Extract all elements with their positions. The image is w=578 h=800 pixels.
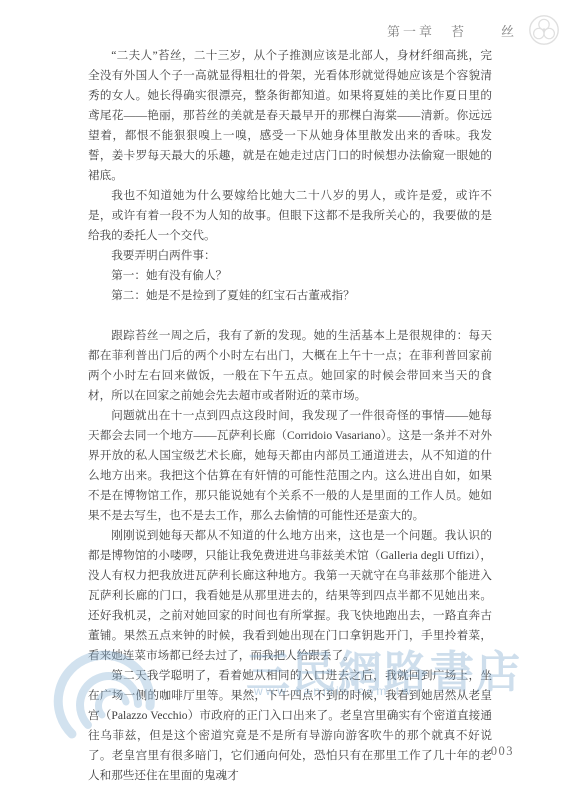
body-paragraph: “二夫人”苔丝，二十三岁，从个子推测应该是北部人，身材纤细高挑，完全没有外国人个… xyxy=(88,46,492,186)
trefoil-ornament-icon xyxy=(528,14,560,46)
body-paragraph: 问题就出在十一点到四点这段时间，我发现了一件很奇怪的事情——她每天都会去同一个地… xyxy=(88,406,492,526)
body-paragraph: 我要弄明白两件事： xyxy=(88,246,492,266)
body-paragraph: 第一：她有没有偷人？ xyxy=(88,266,492,286)
body-paragraph: 第二：她是不是捡到了夏娃的红宝石古董戒指？ xyxy=(88,286,492,306)
body-paragraph: 刚刚说到她每天都从不知道的什么地方出来，这也是一个问题。我认识的都是博物馆的小喽… xyxy=(88,526,492,666)
body-paragraph: 第二天我学聪明了，看着她从相同的入口进去之后，我就回到广场上，坐在广场一侧的咖啡… xyxy=(88,666,492,786)
page-number: 003 xyxy=(491,744,514,759)
chapter-label: 第一章 xyxy=(387,21,435,40)
page-header: 第一章 苔 丝 xyxy=(387,14,560,46)
chapter-title: 苔 丝 xyxy=(451,21,526,40)
book-page: 第一章 苔 丝 “二夫人”苔丝，二十三岁，从个子推测应该是北部人，身材纤细高挑，… xyxy=(0,0,578,800)
body-paragraph: 我也不知道她为什么要嫁给比她大二十八岁的男人，或许是爱，或许不是，或许有着一段不… xyxy=(88,186,492,246)
body-text: “二夫人”苔丝，二十三岁，从个子推测应该是北部人，身材纤细高挑，完全没有外国人个… xyxy=(88,46,492,786)
body-paragraph: 跟踪苔丝一周之后，我有了新的发现。她的生活基本上是很规律的：每天都在菲利普出门后… xyxy=(88,326,492,406)
